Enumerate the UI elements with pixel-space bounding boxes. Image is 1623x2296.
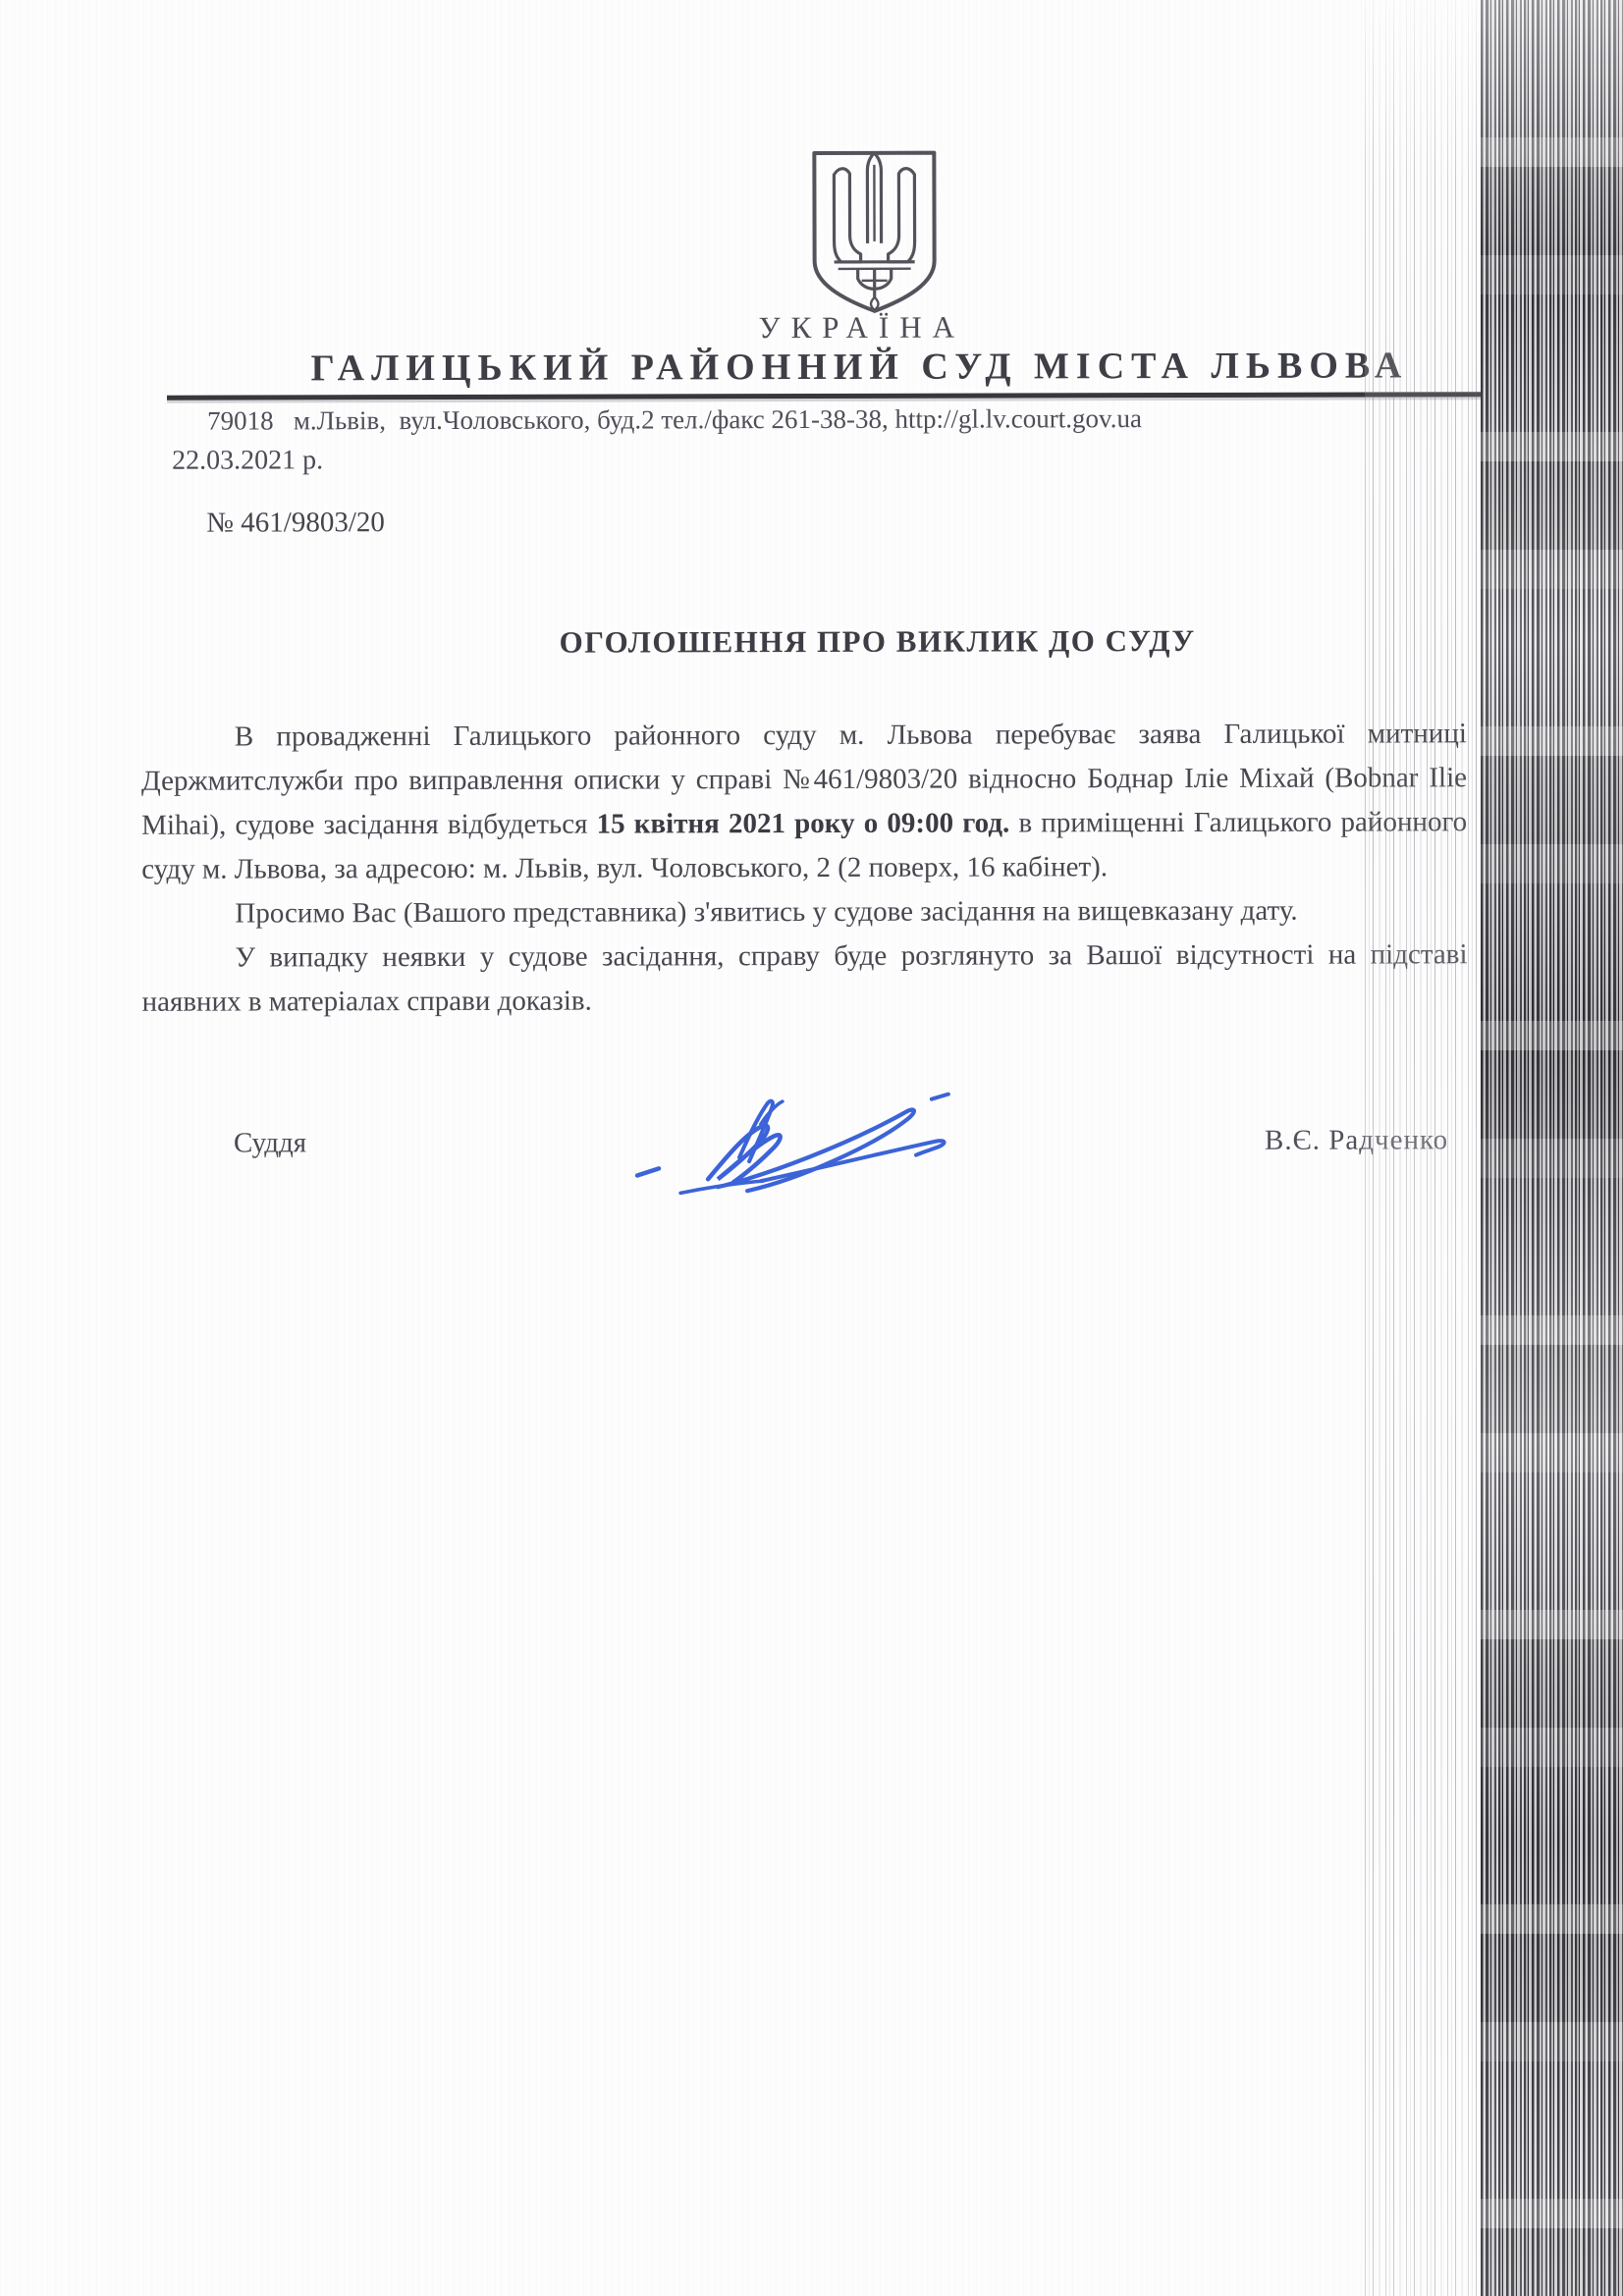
ukraine-coat-of-arms-icon — [800, 143, 947, 320]
court-address-line: 79018 м.Львів, вул.Чоловського, буд.2 те… — [207, 403, 1142, 436]
country-label: УКРАЇНА — [135, 308, 1589, 347]
document-page: УКРАЇНА ГАЛИЦЬКИЙ РАЙОННИЙ СУД МІСТА ЛЬВ… — [0, 0, 1623, 2296]
judge-name: В.Є. Радченко — [1265, 1124, 1448, 1156]
header-divider — [167, 392, 1484, 400]
hearing-datetime: 15 квітня 2021 року о 09:00 год. — [597, 807, 1010, 839]
signature-role-label: Суддя — [234, 1127, 306, 1159]
document-body: В провадженні Галицького районного суду … — [141, 712, 1468, 1025]
paragraph-summons: В провадженні Галицького районного суду … — [141, 712, 1467, 892]
judge-signature-icon — [623, 1083, 967, 1201]
paragraph-warning: У випадку неявки у судове засідання, спр… — [141, 933, 1467, 1025]
case-number: № 461/9803/20 — [206, 507, 385, 539]
document-date: 22.03.2021 р. — [172, 445, 323, 476]
document-title: ОГОЛОШЕННЯ ПРО ВИКЛИК ДО СУДУ — [141, 622, 1614, 662]
court-name-heading: ГАЛИЦЬКИЙ РАЙОННИЙ СУД МІСТА ЛЬВОВА — [135, 344, 1584, 391]
paragraph-request: Просимо Вас (Вашого представника) з'явит… — [141, 888, 1467, 936]
scanned-letter-content: УКРАЇНА ГАЛИЦЬКИЙ РАЙОННИЙ СУД МІСТА ЛЬВ… — [0, 0, 1623, 2296]
